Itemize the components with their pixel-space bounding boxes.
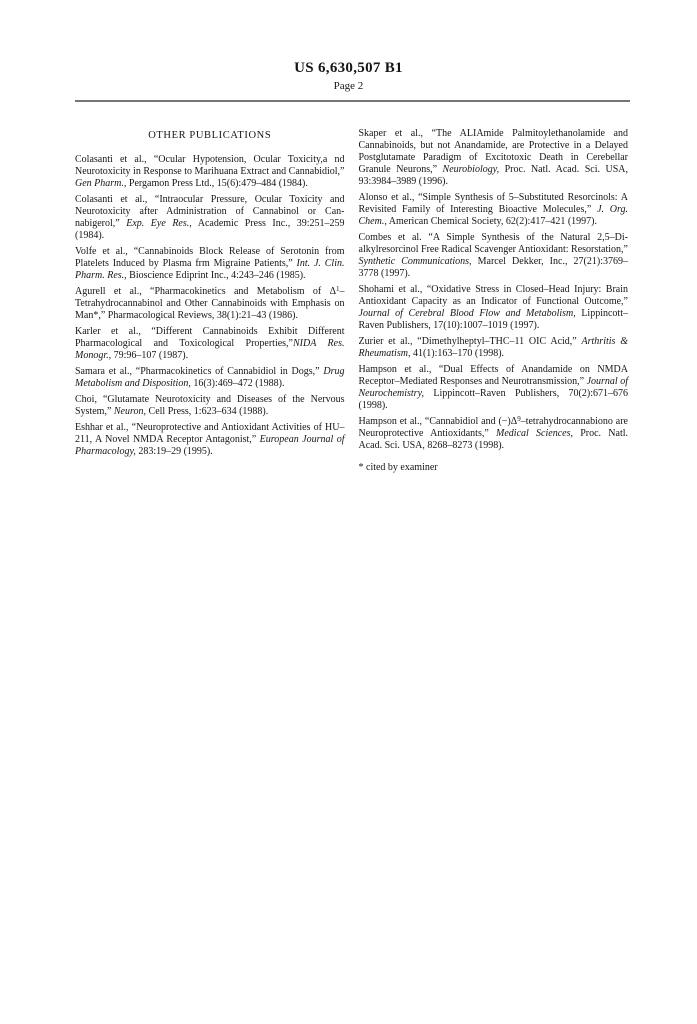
- citation: Agurell et al., “Pharmacokinetics and Me…: [75, 286, 345, 322]
- citation: Samara et al., “Pharmacokinetics of Cann…: [75, 366, 345, 390]
- other-publications-heading: OTHER PUBLICATIONS: [75, 130, 345, 141]
- superscript: 1: [336, 285, 340, 293]
- patent-number: US 6,630,507 B1: [0, 60, 697, 77]
- journal-name: Neuron,: [114, 406, 146, 417]
- citation: Hampson et al., “Dual Effects of Anandam…: [359, 364, 629, 412]
- right-column: Skaper et al., “The ALIAmide Palmitoylet…: [359, 128, 629, 474]
- citation: Shohami et al., “Oxidative Stress in Clo…: [359, 284, 629, 332]
- citation: Volfe et al., “Cannabinoids Block Releas…: [75, 246, 345, 282]
- journal-name: Synthetic Communications,: [359, 256, 472, 267]
- journal-name: J. Org. Chem.,: [359, 204, 629, 227]
- citation: Skaper et al., “The ALIAmide Palmitoylet…: [359, 128, 629, 188]
- page-number-label: Page 2: [0, 80, 697, 92]
- journal-name: European Journal of Pharmacology,: [75, 434, 345, 457]
- right-citation-list: Skaper et al., “The ALIAmide Palmitoylet…: [359, 128, 629, 452]
- journal-name: Int. J. Clin. Pharm. Res.,: [75, 258, 344, 281]
- journal-name: Drug Metabolism and Disposition,: [75, 366, 345, 389]
- page-header: US 6,630,507 B1 Page 2: [0, 0, 697, 92]
- citation: Karler et al., “Different Cannabinoids E…: [75, 326, 345, 362]
- citation: Choi, “Glutamate Neurotoxicity and Disea…: [75, 394, 345, 418]
- citation: Combes et al. “A Simple Synthesis of the…: [359, 232, 629, 280]
- journal-name: Medical Sciences,: [496, 428, 573, 439]
- left-citation-list: Colasanti et al., “Ocular Hypotension, O…: [75, 154, 345, 458]
- superscript: 9: [517, 415, 521, 423]
- journal-name: NIDA Res. Monogr.,: [75, 338, 345, 361]
- publications-section: OTHER PUBLICATIONS Colasanti et al., “Oc…: [75, 128, 628, 474]
- journal-name: Journal of Neurochemistry,: [359, 376, 628, 399]
- journal-name: Gen Pharm.,: [75, 178, 126, 189]
- patent-document-page: US 6,630,507 B1 Page 2 OTHER PUBLICATION…: [0, 0, 697, 1024]
- cited-by-examiner-note: * cited by examiner: [359, 462, 629, 474]
- citation: Eshhar et al., “Neuroprotective and Anti…: [75, 422, 345, 458]
- header-divider-rule: [75, 100, 630, 102]
- citation: Alonso et al., “Simple Synthesis of 5–Su…: [359, 192, 629, 228]
- left-column: OTHER PUBLICATIONS Colasanti et al., “Oc…: [75, 128, 345, 474]
- journal-name: Arthri­tis & Rheumatism,: [359, 336, 629, 359]
- citation: Hampson et al., “Cannabidiol and (−)Δ9–t…: [359, 416, 629, 452]
- journal-name: Exp. Eye Res.,: [126, 218, 192, 229]
- citation: Colasanti et al., “Intraocular Pressure,…: [75, 194, 345, 242]
- journal-name: Journal of Cerebral Blood Flow and Metab…: [359, 308, 576, 319]
- journal-name: Neurobiology,: [443, 164, 500, 175]
- citation: Colasanti et al., “Ocular Hypotension, O…: [75, 154, 345, 190]
- citation: Zurier et al., “Dimethylheptyl–THC–11 OI…: [359, 336, 629, 360]
